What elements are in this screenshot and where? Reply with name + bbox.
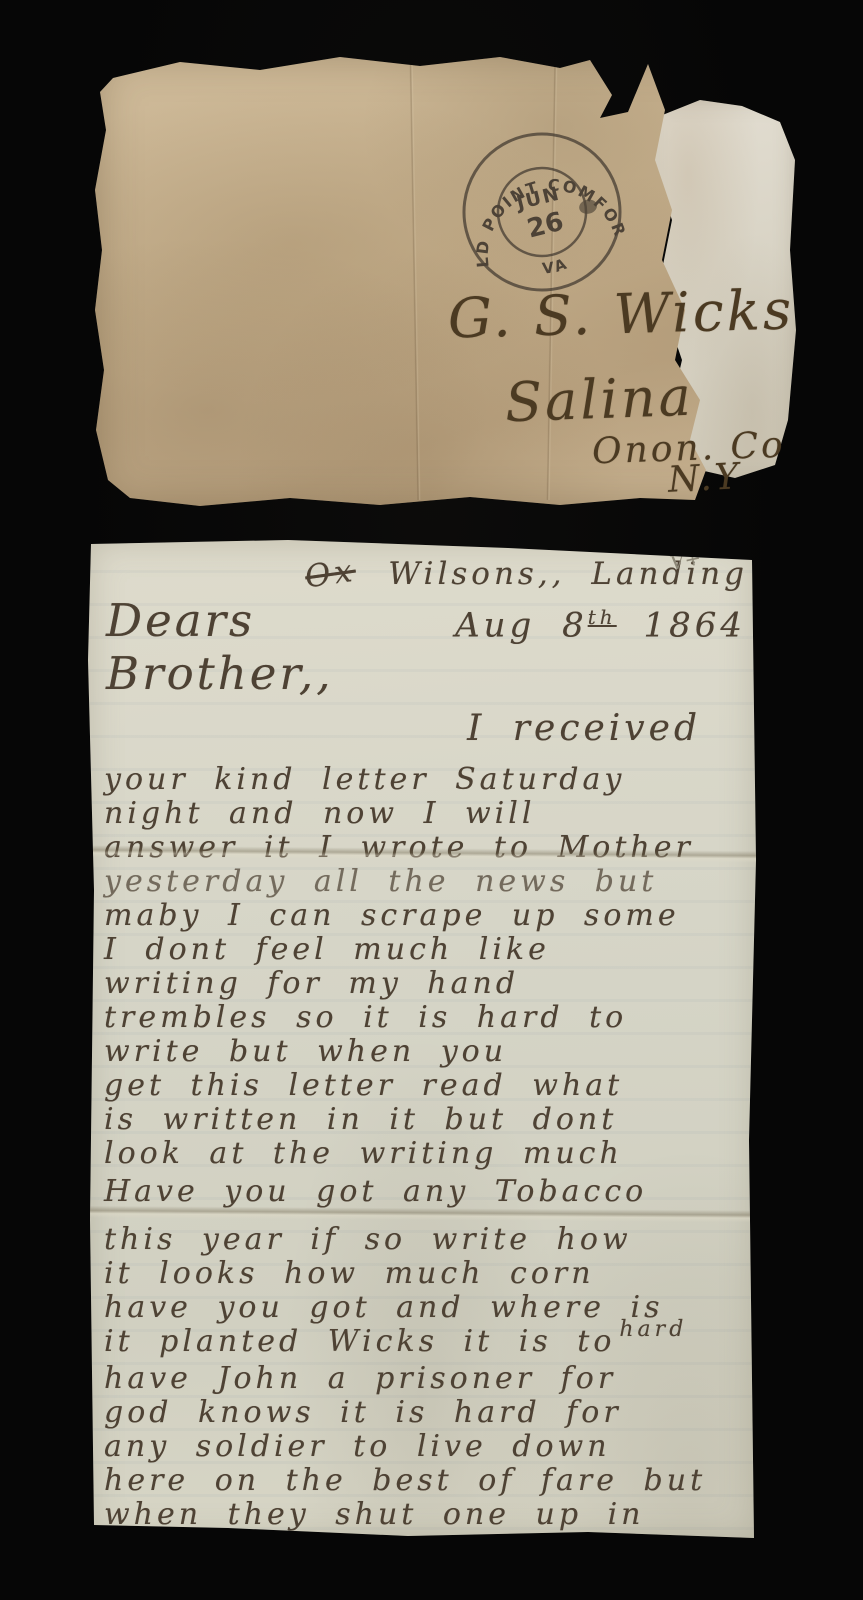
letter-salutation: Dears Brother,,: [106, 594, 455, 700]
letter-opening-line: I received: [88, 708, 756, 749]
address-line-state: N.Y: [667, 456, 742, 501]
letter-line: is written in it but dont: [104, 1103, 756, 1137]
letter-line: any soldier to live down: [104, 1430, 756, 1464]
letter-date-ordinal: th: [588, 605, 617, 629]
address-line-recipient: G. S. Wicks: [447, 277, 795, 350]
letter-page: V+ Ox Wilsons,, Landing Dears Brother,, …: [88, 540, 756, 1540]
envelope-crease: [409, 60, 421, 500]
letter-body: your kind letter Saturdaynight and now I…: [88, 763, 756, 1532]
letter-line: it looks how much corn: [104, 1257, 756, 1291]
letter-date-prefix: Aug 8: [455, 605, 588, 645]
letter-line: it planted Wicks it is tohard: [104, 1325, 756, 1362]
address-line-city: Salina: [504, 365, 695, 435]
letter-line: write but when you: [104, 1035, 756, 1069]
letter-line: maby I can scrape up some: [104, 899, 756, 933]
postmark-day: 26: [524, 207, 566, 245]
letter-line: writing for my hand: [104, 967, 756, 1001]
letter-line: god knows it is hard for: [104, 1396, 756, 1430]
letter-date: Aug 8th 1864: [455, 605, 746, 645]
letter-line: get this letter read what: [104, 1069, 756, 1103]
letter-line: yesterday all the news but: [104, 865, 756, 899]
letter-date-year: 1864: [643, 605, 746, 645]
letter-line: this year if so write how: [104, 1223, 756, 1257]
letter-line: when they shut one up in: [104, 1498, 756, 1532]
inserted-word-above-line: hard: [619, 1313, 687, 1347]
letter-line: look at the writing much: [104, 1137, 756, 1171]
letter-salutation-row: Dears Brother,, Aug 8th 1864: [88, 594, 756, 700]
letter-heading-place-row: Ox Wilsons,, Landing: [88, 556, 748, 592]
letter-line: here on the best of fare but: [104, 1464, 756, 1498]
letter-line: your kind letter Saturday: [104, 763, 756, 797]
letter-line: trembles so it is hard to: [104, 1001, 756, 1035]
letter-line: Have you got any Tobacco: [104, 1175, 756, 1209]
scratched-out-word: Ox: [303, 553, 358, 596]
letter-line: I dont feel much like: [104, 933, 756, 967]
photo-background: OLD POINT COMFORT VA JUN 26 G. S. Wicks …: [0, 0, 863, 1600]
letter-line: night and now I will: [104, 797, 756, 831]
postmark-state-text: VA: [539, 253, 572, 279]
letter-line: have John a prisoner for: [104, 1362, 756, 1396]
